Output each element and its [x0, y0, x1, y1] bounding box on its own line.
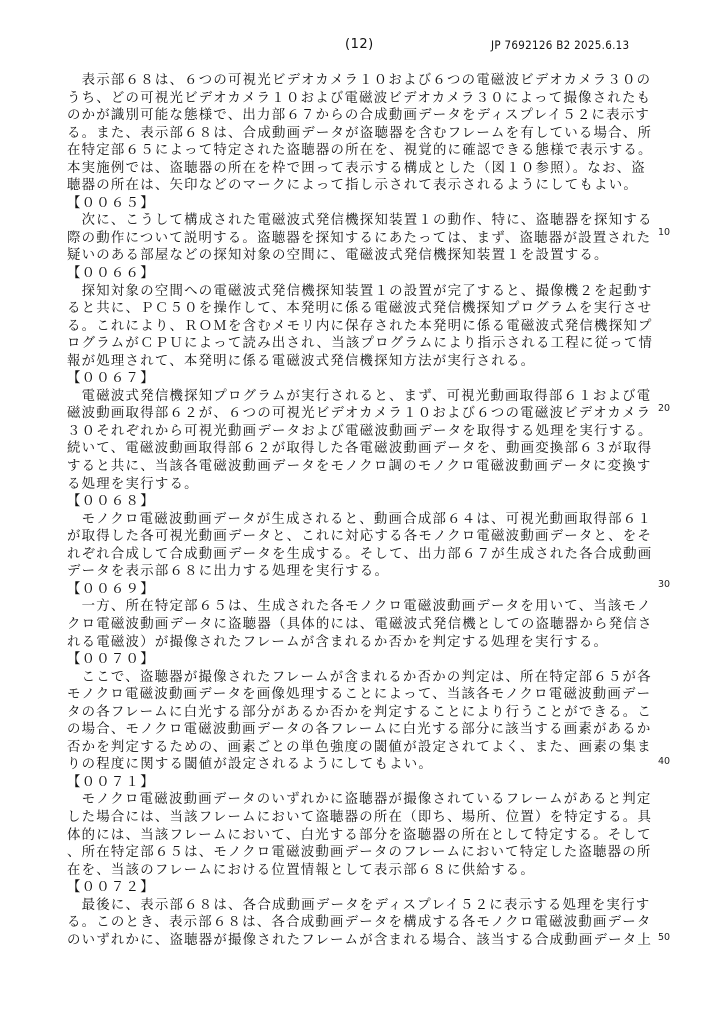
text-line: 続いて、電磁波動画取得部６２が取得した各電磁波動画データを、動画変換部６３が取得 [67, 440, 661, 458]
text-line: 【００７０】 [67, 651, 661, 669]
line-number: 30 [658, 579, 680, 591]
text-line: モノクロ電磁波動画データを画像処理することによって、当該各モノクロ電磁波動画デー [67, 686, 661, 704]
text-line: 【００６５】 [67, 195, 661, 213]
text-line: 表示部６８は、６つの可視光ビデオカメラ１０および６つの電磁波ビデオカメラ３０の [67, 72, 661, 90]
text-line: ３０それぞれから可視光動画データおよび電磁波動画データを取得する処理を実行する。 [67, 423, 661, 441]
text-line: 報が処理されて、本発明に係る電磁波式発信機探知方法が実行される。 [67, 353, 661, 371]
text-line: ここで、盗聴器が撮像されたフレームが含まれるか否かの判定は、所在特定部６５が各 [67, 669, 661, 687]
text-line: る。また、表示部６８は、合成動画データが盗聴器を含むフレームを有している場合、所 [67, 125, 661, 143]
text-line: 在特定部６５によって特定された盗聴器の所在を、視覚的に確認できる態様で表示する。 [67, 142, 661, 160]
text-line: モノクロ電磁波動画データのいずれかに盗聴器が撮像されているフレームがあると判定 [67, 791, 661, 809]
sheet-number: (12) [345, 37, 374, 52]
text-line: 電磁波式発信機探知プログラムが実行されると、まず、可視光動画取得部６１および電 [67, 388, 661, 406]
line-number: 20 [658, 403, 680, 415]
text-line: のいずれかに、盗聴器が撮像されたフレームが含まれる場合、該当する合成動画データ上 [67, 932, 661, 950]
text-line: 【００６７】 [67, 370, 661, 388]
page-header: (12) JP 7692126 B2 2025.6.13 [0, 0, 724, 60]
text-line: りの程度に関する閾値が設定されるようにしてもよい。 [67, 756, 661, 774]
text-line: ると共に、ＰＣ５０を操作して、本発明に係る電磁波式発信機探知プログラムを実行させ [67, 300, 661, 318]
text-line: のかが識別可能な態様で、出力部６７からの合成動画データをディスプレイ５２に表示す [67, 107, 661, 125]
text-line: 次に、こうして構成された電磁波式発信機探知装置１の動作、特に、盗聴器を探知する [67, 212, 661, 230]
text-line: る。これにより、ＲＯＭを含むメモリ内に保存された本発明に係る電磁波式発信機探知プ [67, 318, 661, 336]
text-line: 聴器の所在は、矢印などのマークによって指し示されて表示されるようにしてもよい。 [67, 177, 661, 195]
text-line: 本実施例では、盗聴器の所在を枠で囲って表示する構成とした（図１０参照）。なお、盗 [67, 160, 661, 178]
text-line: 否かを判定するための、画素ごとの単色強度の閾値が設定されてよく、また、画素の集ま [67, 739, 661, 757]
line-number: 50 [658, 932, 680, 944]
text-line: 在を、当該のフレームにおける位置情報として表示部６８に供給する。 [67, 862, 661, 880]
text-line: れぞれ合成して合成動画データを生成する。そして、出力部６７が生成された各合成動画 [67, 546, 661, 564]
text-line: 体的には、当該フレームにおいて、白光する部分を盗聴器の所在として特定する。そして [67, 827, 661, 845]
publication-number: JP 7692126 B2 2025.6.13 [491, 38, 629, 52]
text-line: れる電磁波）が撮像されたフレームが含まれるか否かを判定する処理を実行する。 [67, 634, 661, 652]
text-line: る。このとき、表示部６８は、各合成動画データを構成する各モノクロ電磁波動画データ [67, 914, 661, 932]
text-line: 際の動作について説明する。盗聴器を探知するにあたっては、まず、盗聴器が設置された [67, 230, 661, 248]
text-line: クロ電磁波動画データに盗聴器（具体的には、電磁波式発信機としての盗聴器から発信さ [67, 616, 661, 634]
text-line: 、所在特定部６５は、モノクロ電磁波動画データのフレームにおいて特定した盗聴器の所 [67, 844, 661, 862]
text-line: 【００６９】 [67, 581, 661, 599]
text-line: した場合には、当該フレームにおいて盗聴器の所在（即ち、場所、位置）を特定する。具 [67, 809, 661, 827]
text-line: うち、どの可視光ビデオカメラ１０および電磁波ビデオカメラ３０によって撮像されたも [67, 90, 661, 108]
text-line: ログラムがＣＰＵによって読み出され、当該プログラムにより指示される工程に従って情 [67, 335, 661, 353]
text-body: 表示部６８は、６つの可視光ビデオカメラ１０および６つの電磁波ビデオカメラ３０のう… [67, 72, 661, 949]
text-line: 疑いのある部屋などの探知対象の空間に、電磁波式発信機探知装置１を設置する。 [67, 247, 661, 265]
text-line: モノクロ電磁波動画データが生成されると、動画合成部６４は、可視光動画取得部６１ [67, 511, 661, 529]
text-line: 探知対象の空間への電磁波式発信機探知装置１の設置が完了すると、撮像機２を起動す [67, 283, 661, 301]
text-line: 【００６８】 [67, 493, 661, 511]
text-line: タの各フレームに白光する部分があるか否かを判定することにより行うことができる。こ [67, 704, 661, 722]
text-line: 最後に、表示部６８は、各合成動画データをディスプレイ５２に表示する処理を実行す [67, 897, 661, 915]
patent-document-page: (12) JP 7692126 B2 2025.6.13 表示部６８は、６つの可… [0, 0, 724, 1024]
line-number: 10 [658, 227, 680, 239]
text-line: 【００７１】 [67, 774, 661, 792]
text-line: 【００６６】 [67, 265, 661, 283]
text-line: が取得した各可視光動画データと、これに対応する各モノクロ電磁波動画データと、をそ [67, 528, 661, 546]
text-line: データを表示部６８に出力する処理を実行する。 [67, 563, 661, 581]
text-line: すると共に、当該各電磁波動画データをモノクロ調のモノクロ電磁波動画データに変換す [67, 458, 661, 476]
line-number: 40 [658, 756, 680, 768]
text-line: 一方、所在特定部６５は、生成された各モノクロ電磁波動画データを用いて、当該モノ [67, 598, 661, 616]
text-line: 【００７２】 [67, 879, 661, 897]
text-line: 磁波動画取得部６２が、６つの可視光ビデオカメラ１０および６つの電磁波ビデオカメラ [67, 405, 661, 423]
text-line: る処理を実行する。 [67, 476, 661, 494]
text-line: の場合、モノクロ電磁波動画データの各フレームに白光する部分に該当する画素があるか [67, 721, 661, 739]
